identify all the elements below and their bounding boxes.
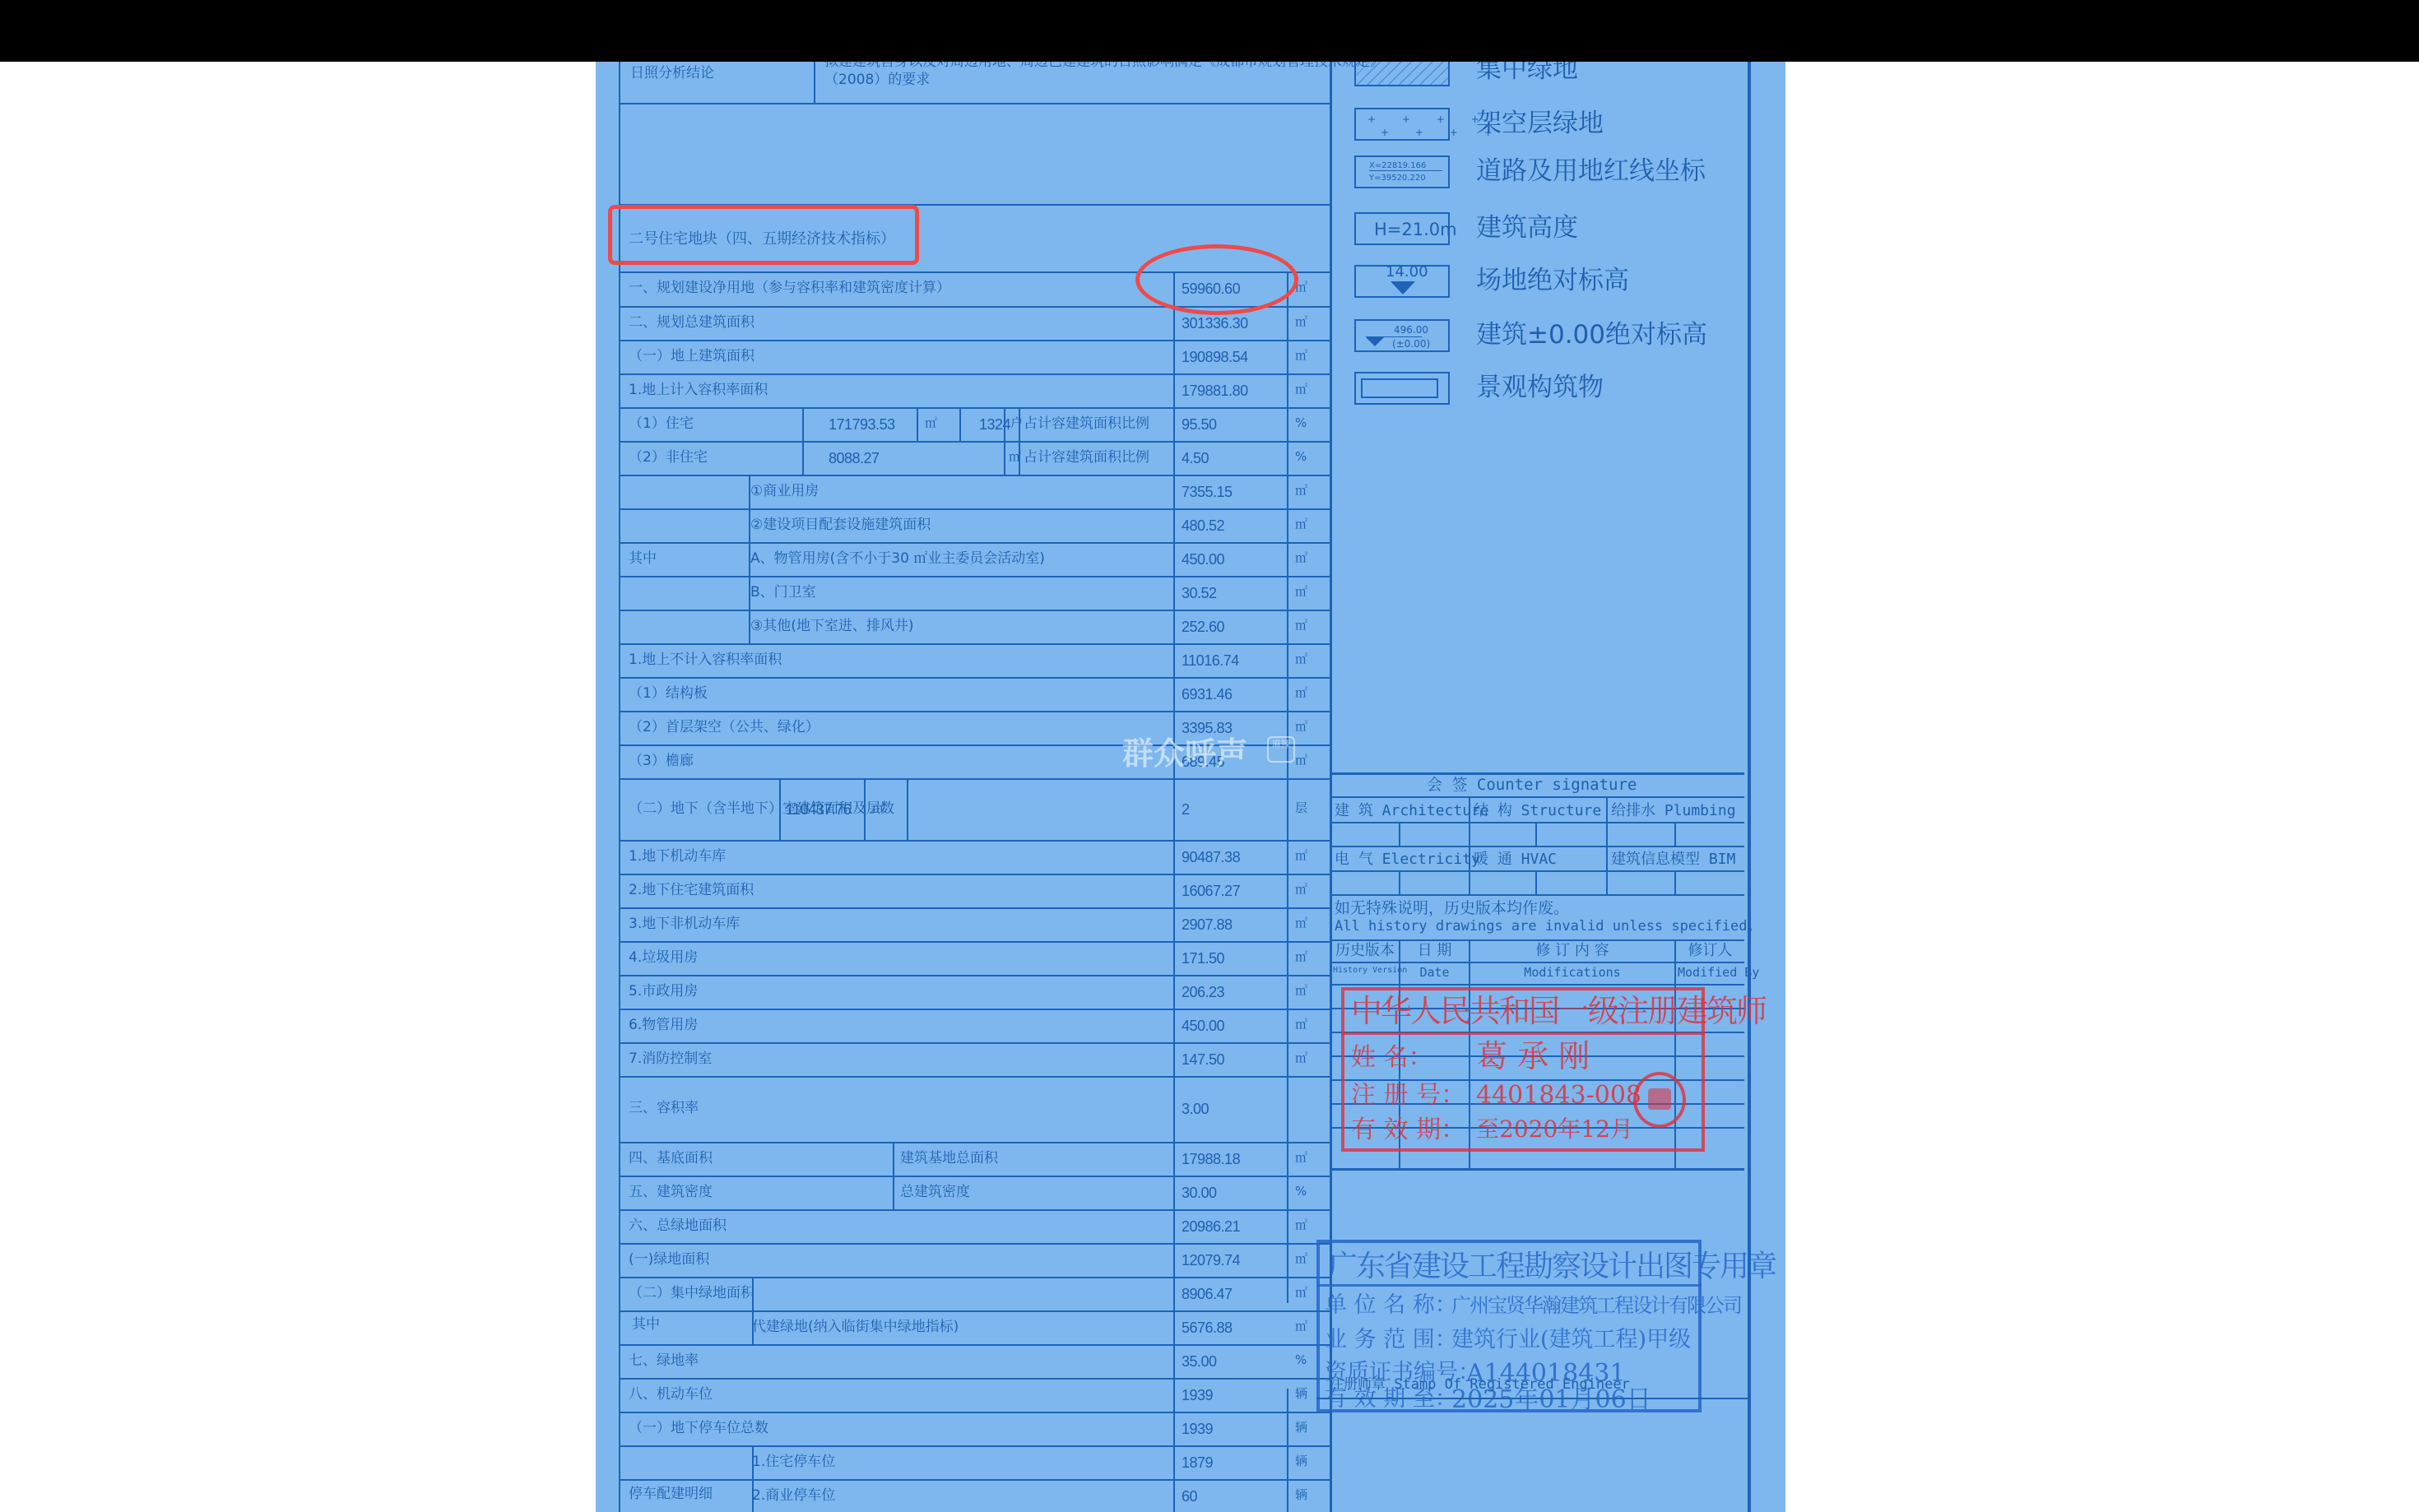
height-box-icon: H=21.0m: [1354, 212, 1450, 245]
history-header-en: Modifications: [1472, 967, 1673, 979]
history-note-cn: 如无特殊说明，历史版本均作废。: [1335, 901, 1569, 916]
divider: [619, 1042, 1330, 1044]
divider: [1399, 822, 1400, 846]
divider: [752, 1445, 754, 1479]
divider: [619, 711, 1330, 712]
divider: [893, 1176, 894, 1209]
row-value: 60: [1182, 1489, 1197, 1504]
legend-marks: + + + +: [1367, 114, 1491, 124]
row-label: B、门卫室: [750, 586, 816, 600]
row-unit: ㎡: [1295, 721, 1307, 733]
row-label: 2.地下住宅建筑面积: [629, 884, 754, 897]
row-label: (一)绿地面积: [629, 1253, 709, 1267]
row-value: 16067.27: [1182, 884, 1240, 898]
row-unit: ㎡: [1295, 586, 1307, 598]
divider: [1535, 822, 1537, 846]
divider: [1674, 822, 1676, 846]
divider: [893, 1142, 894, 1176]
history-header-cn: 修订人: [1678, 944, 1743, 958]
row-unit: ㎡: [1295, 687, 1307, 699]
row-unit: ㎡: [1295, 985, 1307, 997]
architect-reg-no: 4401843-008: [1476, 1083, 1641, 1108]
row-label: 7.消防控制室: [629, 1052, 712, 1066]
engineer-stamp-label: 注册师章 Stamp Of Registered Engineer: [1330, 1378, 1630, 1392]
legend-zero-top: 496.00: [1394, 325, 1428, 335]
row-label: 代建绿地(纳入临街集中绿地指标): [752, 1320, 959, 1334]
row-unit: ㎡: [1295, 552, 1307, 564]
discipline-label: 建 筑 Architecture: [1335, 804, 1489, 819]
divider: [959, 407, 961, 441]
divider: [1674, 870, 1676, 894]
history-header-cn: 历史版本: [1333, 944, 1397, 958]
divider: [619, 407, 1330, 409]
row-value: 3.00: [1182, 1102, 1209, 1116]
row-households: 1324: [979, 417, 1010, 432]
divider: [1004, 441, 1005, 475]
history-note-en: All history drawings are invalid unless …: [1335, 920, 1762, 934]
row-value: 1939: [1182, 1422, 1213, 1436]
row-label: 2.商业停车位: [752, 1489, 835, 1503]
row-label: ②建设项目配套设施建筑面积: [750, 518, 931, 532]
row-label: 3.地下非机动车库: [629, 917, 740, 931]
architect-seal-emblem: [1648, 1088, 1671, 1110]
divider: [1330, 939, 1744, 941]
row-label: （一）地下停车位总数: [629, 1422, 768, 1435]
divider: [619, 874, 1330, 875]
row-label: （二）集中绿地面积: [629, 1287, 754, 1301]
divider: [619, 610, 1330, 611]
row-unit: ㎡: [1295, 383, 1307, 396]
design-unit: 广州宝贤华瀚建筑工程设计有限公司: [1451, 1296, 1741, 1315]
divider: [619, 1176, 1330, 1177]
row-label: （1）结构板: [629, 687, 708, 701]
row-unit: ㎡: [1295, 754, 1307, 767]
coordinate-box-icon: X=22819.166Y=39520.220: [1354, 155, 1450, 188]
divider: [802, 441, 804, 475]
divider: [802, 407, 804, 441]
row-label: 1.地上不计入容积率面积: [629, 653, 782, 667]
row-label: （2）非住宅: [629, 451, 708, 465]
divider: [1316, 1398, 1749, 1399]
row-value: 12079.74: [1182, 1253, 1240, 1268]
row-value: 2907.88: [1182, 917, 1233, 932]
row-unit: ㎡: [1295, 316, 1307, 328]
divider: [619, 1209, 1330, 1211]
row-ratio-label: 占计容建筑面积比例: [1024, 451, 1149, 465]
legend-label: 场地绝对标高: [1476, 268, 1629, 294]
divider: [1019, 441, 1020, 475]
divider: [619, 1243, 1330, 1245]
row-value: 179881.80: [1182, 383, 1248, 398]
row-area: 110437.76: [786, 802, 851, 817]
row-unit: ㎡: [1295, 1018, 1307, 1031]
divider: [619, 1009, 1330, 1010]
group-label-qizhong: 其中: [629, 552, 657, 566]
row-label: （3）檐廊: [629, 754, 694, 768]
divider: [619, 340, 1330, 341]
discipline-label: 暖 通 HVAC: [1474, 852, 1557, 867]
divider: [619, 1344, 1330, 1346]
row-unit: ㎡: [1295, 850, 1307, 862]
sunlight-label: 日照分析结论: [630, 67, 714, 81]
divider: [619, 1378, 1330, 1380]
zero-elevation-icon: 496.00(±0.00): [1354, 319, 1450, 352]
row-unit: ㎡: [1295, 1320, 1307, 1333]
top-black-band: [0, 0, 2419, 62]
row-unit: %: [1295, 1354, 1307, 1366]
unit-col-left: [1287, 271, 1288, 1303]
row-label: 四、基底面积: [629, 1152, 713, 1166]
row-label: （2）首层架空（公共、绿化）: [629, 721, 819, 735]
history-header-en: Date: [1402, 967, 1467, 979]
architect-name: 葛 承 刚: [1476, 1041, 1590, 1072]
architect-reg-label: 注 册 号：: [1351, 1083, 1465, 1108]
row-label: 4.垃圾用房: [629, 951, 698, 965]
row-value: 7355.15: [1182, 485, 1233, 499]
row-value: 450.00: [1182, 552, 1224, 567]
divider: [779, 778, 781, 840]
divider: [1399, 870, 1400, 894]
row-value: 171.50: [1182, 951, 1224, 966]
divider: [1004, 407, 1005, 441]
row-value: 206.23: [1182, 985, 1224, 999]
divider: [619, 542, 1330, 544]
row-value: 11016.74: [1182, 653, 1239, 668]
design-scope-label: 业 务 范 围：: [1325, 1329, 1457, 1351]
row-value: 30.52: [1182, 586, 1217, 601]
divider: [619, 1445, 1330, 1447]
row-value: 6931.46: [1182, 687, 1233, 702]
red-annotation-rectangle: [608, 205, 919, 265]
row-label: ①商业用房: [750, 485, 819, 499]
architect-name-label: 姓 名：: [1351, 1046, 1433, 1070]
divider: [619, 103, 1331, 104]
legend-label: 景观构筑物: [1476, 375, 1604, 401]
divider: [619, 907, 1330, 909]
row-unit: 辆: [1295, 1422, 1307, 1434]
discipline-label: 建筑信息模型 BIM: [1611, 852, 1735, 867]
legend-x-coord: X=22819.166: [1369, 162, 1442, 171]
row-label: 一、规划建设净用地（参与容积率和建筑密度计算）: [629, 281, 950, 295]
row-label: 八、机动车位: [629, 1388, 713, 1402]
triangle-down-icon: [1391, 281, 1415, 295]
divider: [619, 941, 1330, 943]
triangle-outline-icon: [1366, 337, 1384, 346]
group-label-qizhong-2: 其中: [632, 1318, 660, 1332]
divider: [752, 1479, 754, 1512]
row-unit: 辆: [1295, 1388, 1307, 1400]
divider: [1330, 870, 1744, 872]
divider: [619, 840, 1330, 842]
divider: [1330, 1168, 1744, 1171]
group-label-parking: 停车配建明细: [629, 1487, 713, 1501]
drawing-sheet: 日照分析结论 拟建建筑自身以及对周边用地、周边已建建筑的日照影响满足《成都市规划…: [596, 62, 1785, 1512]
legend-label: 建筑高度: [1476, 216, 1578, 241]
row-value: 450.00: [1182, 1018, 1224, 1033]
row-unit: ㎡: [1295, 1152, 1307, 1164]
row-value: 35.00: [1182, 1354, 1217, 1369]
row-label: 1.地上计入容积率面积: [629, 383, 768, 397]
row-value: 147.50: [1182, 1052, 1224, 1067]
divider: [619, 643, 1330, 645]
discipline-label: 电 气 Electricity: [1335, 852, 1480, 867]
row-unit: ㎡: [1295, 1253, 1307, 1265]
divider: [752, 1277, 754, 1310]
row-value: 5676.88: [1182, 1320, 1233, 1335]
row-unit: ㎡: [1295, 485, 1307, 497]
row-unit: ㎡: [1295, 1287, 1307, 1299]
divider: [619, 373, 1330, 375]
row-sub-label: 建筑基地总面积: [900, 1152, 998, 1166]
divider: [619, 1412, 1330, 1413]
row-label: 6.物管用房: [629, 1018, 698, 1032]
divider: [619, 1142, 1330, 1143]
legend-zero-bottom: (±0.00): [1392, 339, 1430, 349]
design-stamp-title: 广东省建设工程勘察设计出图专用章: [1328, 1252, 1776, 1282]
divider: [814, 62, 815, 103]
row-households-unit: 户: [1010, 417, 1023, 429]
row-unit: 辆: [1295, 1455, 1307, 1468]
watermark-logo: 麻辣: [1267, 736, 1295, 763]
legend-label: 建筑±0.00绝对标高: [1476, 322, 1707, 348]
row-value: 4.50: [1182, 451, 1209, 466]
sunlight-text-2: （2008）的要求: [824, 73, 930, 87]
divider: [752, 1310, 754, 1344]
row-value: 252.60: [1182, 619, 1224, 634]
row-value: 2: [1182, 802, 1190, 817]
row-unit: %: [1295, 417, 1307, 429]
history-header-cn: 日 期: [1402, 944, 1467, 958]
divider: [864, 778, 866, 840]
row-value: 301336.30: [1182, 316, 1248, 331]
row-value: 90487.38: [1182, 850, 1240, 865]
row-label: （一）地上建筑面积: [629, 350, 754, 364]
legend-label: 架空层绿地: [1476, 111, 1604, 137]
row-unit: ㎡: [1295, 1052, 1307, 1064]
divider: [619, 1277, 1330, 1278]
row-label: ③其他(地下室进、排风井): [750, 619, 914, 633]
divider: [619, 508, 1330, 510]
divider: [619, 1310, 1330, 1312]
row-value: 30.00: [1182, 1185, 1217, 1200]
divider: [1469, 796, 1470, 894]
row-value: 190898.54: [1182, 350, 1248, 364]
row-unit: ㎡: [1295, 350, 1307, 362]
divider: [619, 475, 1330, 476]
row-unit: ㎡: [1295, 1219, 1307, 1231]
divider: [917, 407, 918, 441]
row-value: 1939: [1182, 1388, 1213, 1403]
row-unit: ㎡: [1295, 951, 1307, 963]
divider: [1606, 796, 1608, 894]
divider: [1330, 984, 1744, 986]
row-area: 8088.27: [829, 451, 880, 466]
divider: [619, 975, 1330, 976]
row-unit: ㎡: [1295, 884, 1307, 896]
divider: [907, 778, 908, 840]
divider: [1330, 846, 1744, 847]
divider: [1330, 822, 1744, 823]
row-value: 8906.47: [1182, 1287, 1233, 1301]
red-annotation-ellipse: [1135, 244, 1298, 315]
hatched-box-icon: [1354, 62, 1450, 86]
sunlight-text-1: 拟建建筑自身以及对周边用地、周边已建建筑的日照影响满足《成都市规划管理技术规定》: [824, 62, 1384, 69]
row-area-unit: ㎡: [925, 417, 937, 429]
landscape-box-icon: [1354, 372, 1450, 405]
right-frame-line: [1748, 62, 1751, 1512]
design-scope: 建筑行业(建筑工程)甲级: [1451, 1329, 1691, 1351]
architect-valid: 至2020年12月: [1476, 1118, 1633, 1141]
row-label: （1）住宅: [629, 417, 694, 431]
legend-y-coord: Y=39520.220: [1369, 174, 1426, 183]
row-label: 二、规划总建筑面积: [629, 316, 754, 330]
history-header-en: Modified By: [1678, 967, 1743, 979]
divider: [1330, 772, 1744, 775]
row-value: 1879: [1182, 1455, 1213, 1470]
row-unit: ㎡: [1295, 619, 1307, 632]
row-unit: ㎡: [1295, 653, 1307, 666]
row-label: 1.住宅停车位: [752, 1455, 835, 1469]
row-unit: %: [1295, 451, 1307, 463]
row-label: 七、绿地率: [629, 1354, 699, 1368]
row-label: 1.地下机动车库: [629, 850, 726, 864]
row-value: 95.50: [1182, 417, 1217, 432]
legend-label: 集中绿地: [1476, 62, 1578, 82]
watermark-logo-text: 麻辣: [1272, 739, 1290, 749]
row-label: 5.市政用房: [629, 985, 698, 999]
divider: [1330, 894, 1744, 896]
row-area-unit: ㎡: [872, 802, 884, 814]
architect-stamp-title: 中华人民共和国一级注册建筑师: [1351, 995, 1766, 1027]
unit-col-left-2: [1287, 1389, 1288, 1512]
divider: [1330, 962, 1744, 963]
value-col-left: [1173, 271, 1175, 1512]
row-value: 20986.21: [1182, 1219, 1240, 1234]
row-label: 六、总绿地面积: [629, 1219, 727, 1233]
row-area: 171793.53: [829, 417, 895, 432]
divider: [619, 1076, 1330, 1078]
row-unit: ㎡: [1295, 917, 1307, 930]
discipline-label: 结 构 Structure: [1474, 804, 1601, 819]
row-value: 17988.18: [1182, 1152, 1240, 1166]
legend-elevation-text: 14.00: [1386, 265, 1428, 280]
architect-valid-label: 有 效 期：: [1351, 1118, 1465, 1143]
divider: [1019, 407, 1020, 441]
history-header-en: History Version: [1333, 967, 1397, 975]
divider: [1535, 870, 1537, 894]
design-unit-label: 单 位 名 称：: [1325, 1294, 1457, 1316]
divider: [619, 441, 1330, 443]
row-unit: 层: [1295, 802, 1307, 814]
row-label: （二）地下（含半地下）室建筑面积及层数: [629, 802, 894, 816]
row-sub-label: 总建筑密度: [900, 1185, 970, 1199]
row-unit: 辆: [1295, 1489, 1307, 1501]
row-label: 五、建筑密度: [629, 1185, 713, 1199]
divider: [619, 576, 1330, 577]
countersign-title: 会 签 Counter signature: [1427, 777, 1637, 793]
elevation-triangle-icon: 14.00: [1354, 265, 1450, 298]
watermark-text: 群众呼声: [1122, 738, 1247, 769]
row-unit: ㎡: [1295, 518, 1307, 531]
divider: [619, 677, 1330, 679]
row-label: 三、容积率: [629, 1102, 699, 1115]
row-value: 480.52: [1182, 518, 1224, 533]
divider: [1330, 796, 1744, 798]
divider: [749, 475, 750, 643]
row-value: 3395.83: [1182, 721, 1233, 735]
row-unit: %: [1295, 1185, 1307, 1198]
cross-dotted-box-icon: + + + ++ + + +: [1354, 108, 1450, 141]
divider: [619, 1479, 1330, 1481]
legend-label: 道路及用地红线坐标: [1476, 159, 1706, 184]
row-label: A、物管用房(含不小于30 ㎡业主委员会活动室): [750, 552, 1045, 566]
history-header-cn: 修 订 内 容: [1472, 944, 1673, 958]
divider: [619, 778, 1330, 780]
legend-height-text: H=21.0m: [1374, 221, 1457, 239]
table-border-left: [619, 62, 620, 1512]
row-ratio-label: 占计容建筑面积比例: [1024, 417, 1149, 431]
discipline-label: 给排水 Plumbing: [1611, 804, 1736, 819]
